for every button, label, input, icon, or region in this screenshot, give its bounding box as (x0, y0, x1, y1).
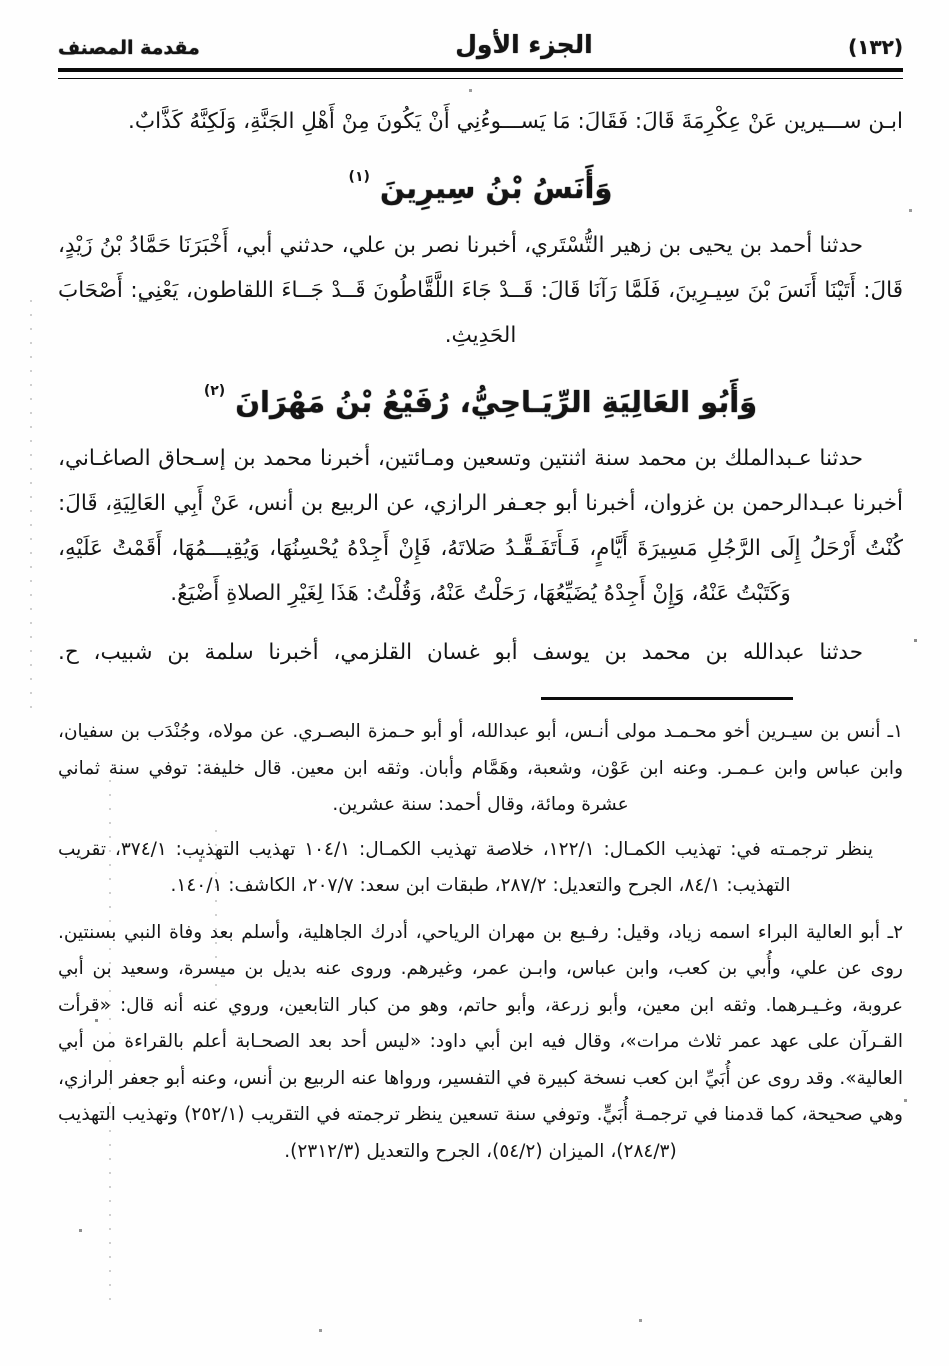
footnote-1-text: ١ـ أنس بن سيـرين أخو محـمـد مولى أنـس، أ… (58, 714, 903, 824)
running-head-section-title: مقدمة المصنف (58, 37, 200, 59)
heading-text: وَأَبُو العَالِيَةِ الرِّيَـاحِيُّ، رُفَ… (235, 385, 757, 419)
section-heading-abu-aliyah: وَأَبُو العَالِيَةِ الرِّيَـاحِيُّ، رُفَ… (58, 382, 903, 423)
scan-artifact-dotline (30, 300, 32, 720)
footnote-2-text: ٢ـ أبو العالية البراء اسمه زياد، وقيل: ر… (58, 915, 903, 1171)
running-head-part-title: الجزء الأول (200, 30, 848, 59)
footnote-ref-1: (١) (349, 169, 370, 185)
scan-artifact-speckles (0, 0, 1, 1)
heading-text: وَأَنَسُ بْنُ سِيرِينَ (380, 171, 612, 205)
header-rule (58, 68, 903, 79)
section-heading-anas-ibn-sirin: وَأَنَسُ بْنُ سِيرِينَ (١) (58, 168, 903, 209)
paragraph-isnad-qalzami: حدثنا عبدالله بن محمد بن يوسف أبو غسان ا… (58, 630, 903, 675)
running-head: (١٣٢) الجزء الأول مقدمة المصنف (58, 0, 903, 59)
paragraph-continuation: ابـن ســـيرين عَنْ عِكْرِمَةَ قَالَ: فَق… (58, 99, 903, 144)
paragraph-hadith-abu-aliyah: حدثنا عـبدالملك بن محمد سنة اثنتين وتسعي… (58, 436, 903, 616)
paragraph-hadith-anas: حدثنا أحمد بن يحيى بن زهير التُّسْتَري، … (58, 223, 903, 358)
main-text-block: ابـن ســـيرين عَنْ عِكْرِمَةَ قَالَ: فَق… (58, 99, 903, 675)
footnote-ref-2: (٢) (204, 383, 225, 399)
running-head-page-number: (١٣٢) (848, 35, 903, 59)
footnotes-block: ١ـ أنس بن سيـرين أخو محـمـد مولى أنـس، أ… (58, 714, 903, 1170)
scanned-page: (١٣٢) الجزء الأول مقدمة المصنف ابـن ســـ… (0, 0, 949, 1366)
footnote-1-references: ينظر ترجمـته في: تهذيب الكمـال: ١٢٢/١، خ… (58, 832, 903, 905)
footnote-separator (541, 697, 793, 700)
